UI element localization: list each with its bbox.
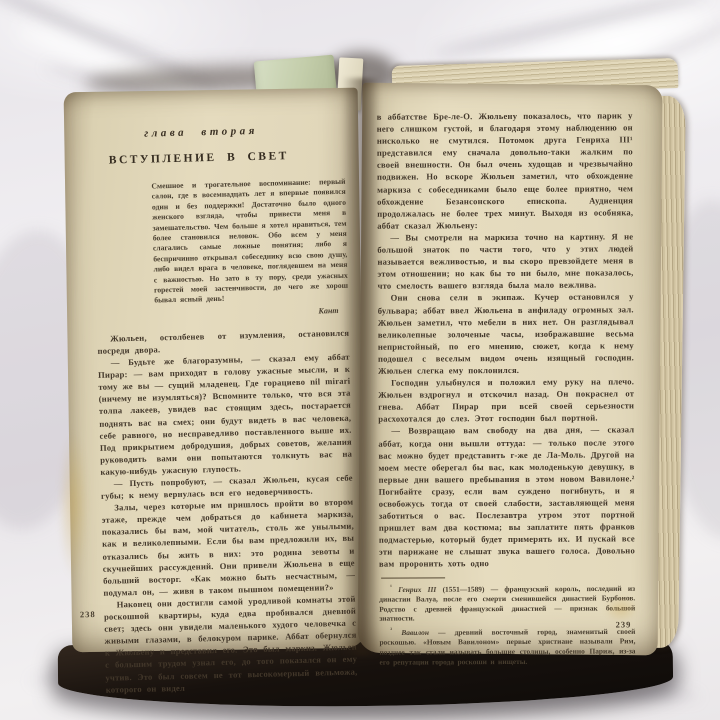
footnote-term: Вавилон — [401, 628, 429, 637]
paragraph: — Возвращаю вам свободу на два дня, — ск… — [378, 424, 635, 570]
footnote-marker: ¹ — [390, 584, 392, 590]
paragraph: Наконец они достигли самой уродливой ком… — [104, 593, 358, 696]
footnote-term: Генрих III — [398, 584, 436, 593]
footnote-marker: ² — [390, 628, 392, 634]
chapter-title: ВСТУПЛЕНИЕ В СВЕТ — [109, 149, 345, 167]
paragraph: — Будьте же благоразумны, — сказал ему а… — [98, 351, 353, 478]
right-page: в аббатстве Бре-ле-О. Жюльену показалось… — [358, 83, 663, 656]
paragraph: Они снова сели в экипаж. Кучер остановил… — [378, 291, 634, 377]
chapter-heading: глава вторая — [144, 123, 344, 140]
footnote: ¹ Генрих III (1551—1589) — французский к… — [379, 582, 635, 624]
left-page-text-block: глава вторая ВСТУПЛЕНИЕ В СВЕТ Смешное и… — [61, 86, 369, 653]
paragraph: Залы, через которые им пришлось пройти в… — [101, 496, 355, 599]
paragraph: — Вы смотрели на маркиза точно на картин… — [377, 230, 633, 292]
page-stain — [604, 596, 638, 622]
footnote-separator — [381, 577, 445, 578]
page-number-left: 238 — [80, 609, 96, 619]
photo-of-open-book: глава вторая ВСТУПЛЕНИЕ В СВЕТ Смешное и… — [0, 0, 720, 720]
gutter-shadow — [342, 78, 380, 656]
footnote: ² Вавилон — древний восточный город, зна… — [379, 626, 635, 668]
epigraph: Смешное и трогательное воспоминание: пер… — [151, 177, 348, 307]
paragraph: Господин улыбнулся и положил ему руку на… — [378, 375, 634, 425]
page-stain — [58, 430, 88, 580]
epigraph-attribution: Кант — [97, 306, 339, 321]
right-page-text-block: в аббатстве Бре-ле-О. Жюльену показалось… — [359, 83, 662, 655]
left-page: глава вторая ВСТУПЛЕНИЕ В СВЕТ Смешное и… — [64, 88, 367, 653]
paragraph: в аббатстве Бре-ле-О. Жюльену показалось… — [377, 109, 634, 231]
